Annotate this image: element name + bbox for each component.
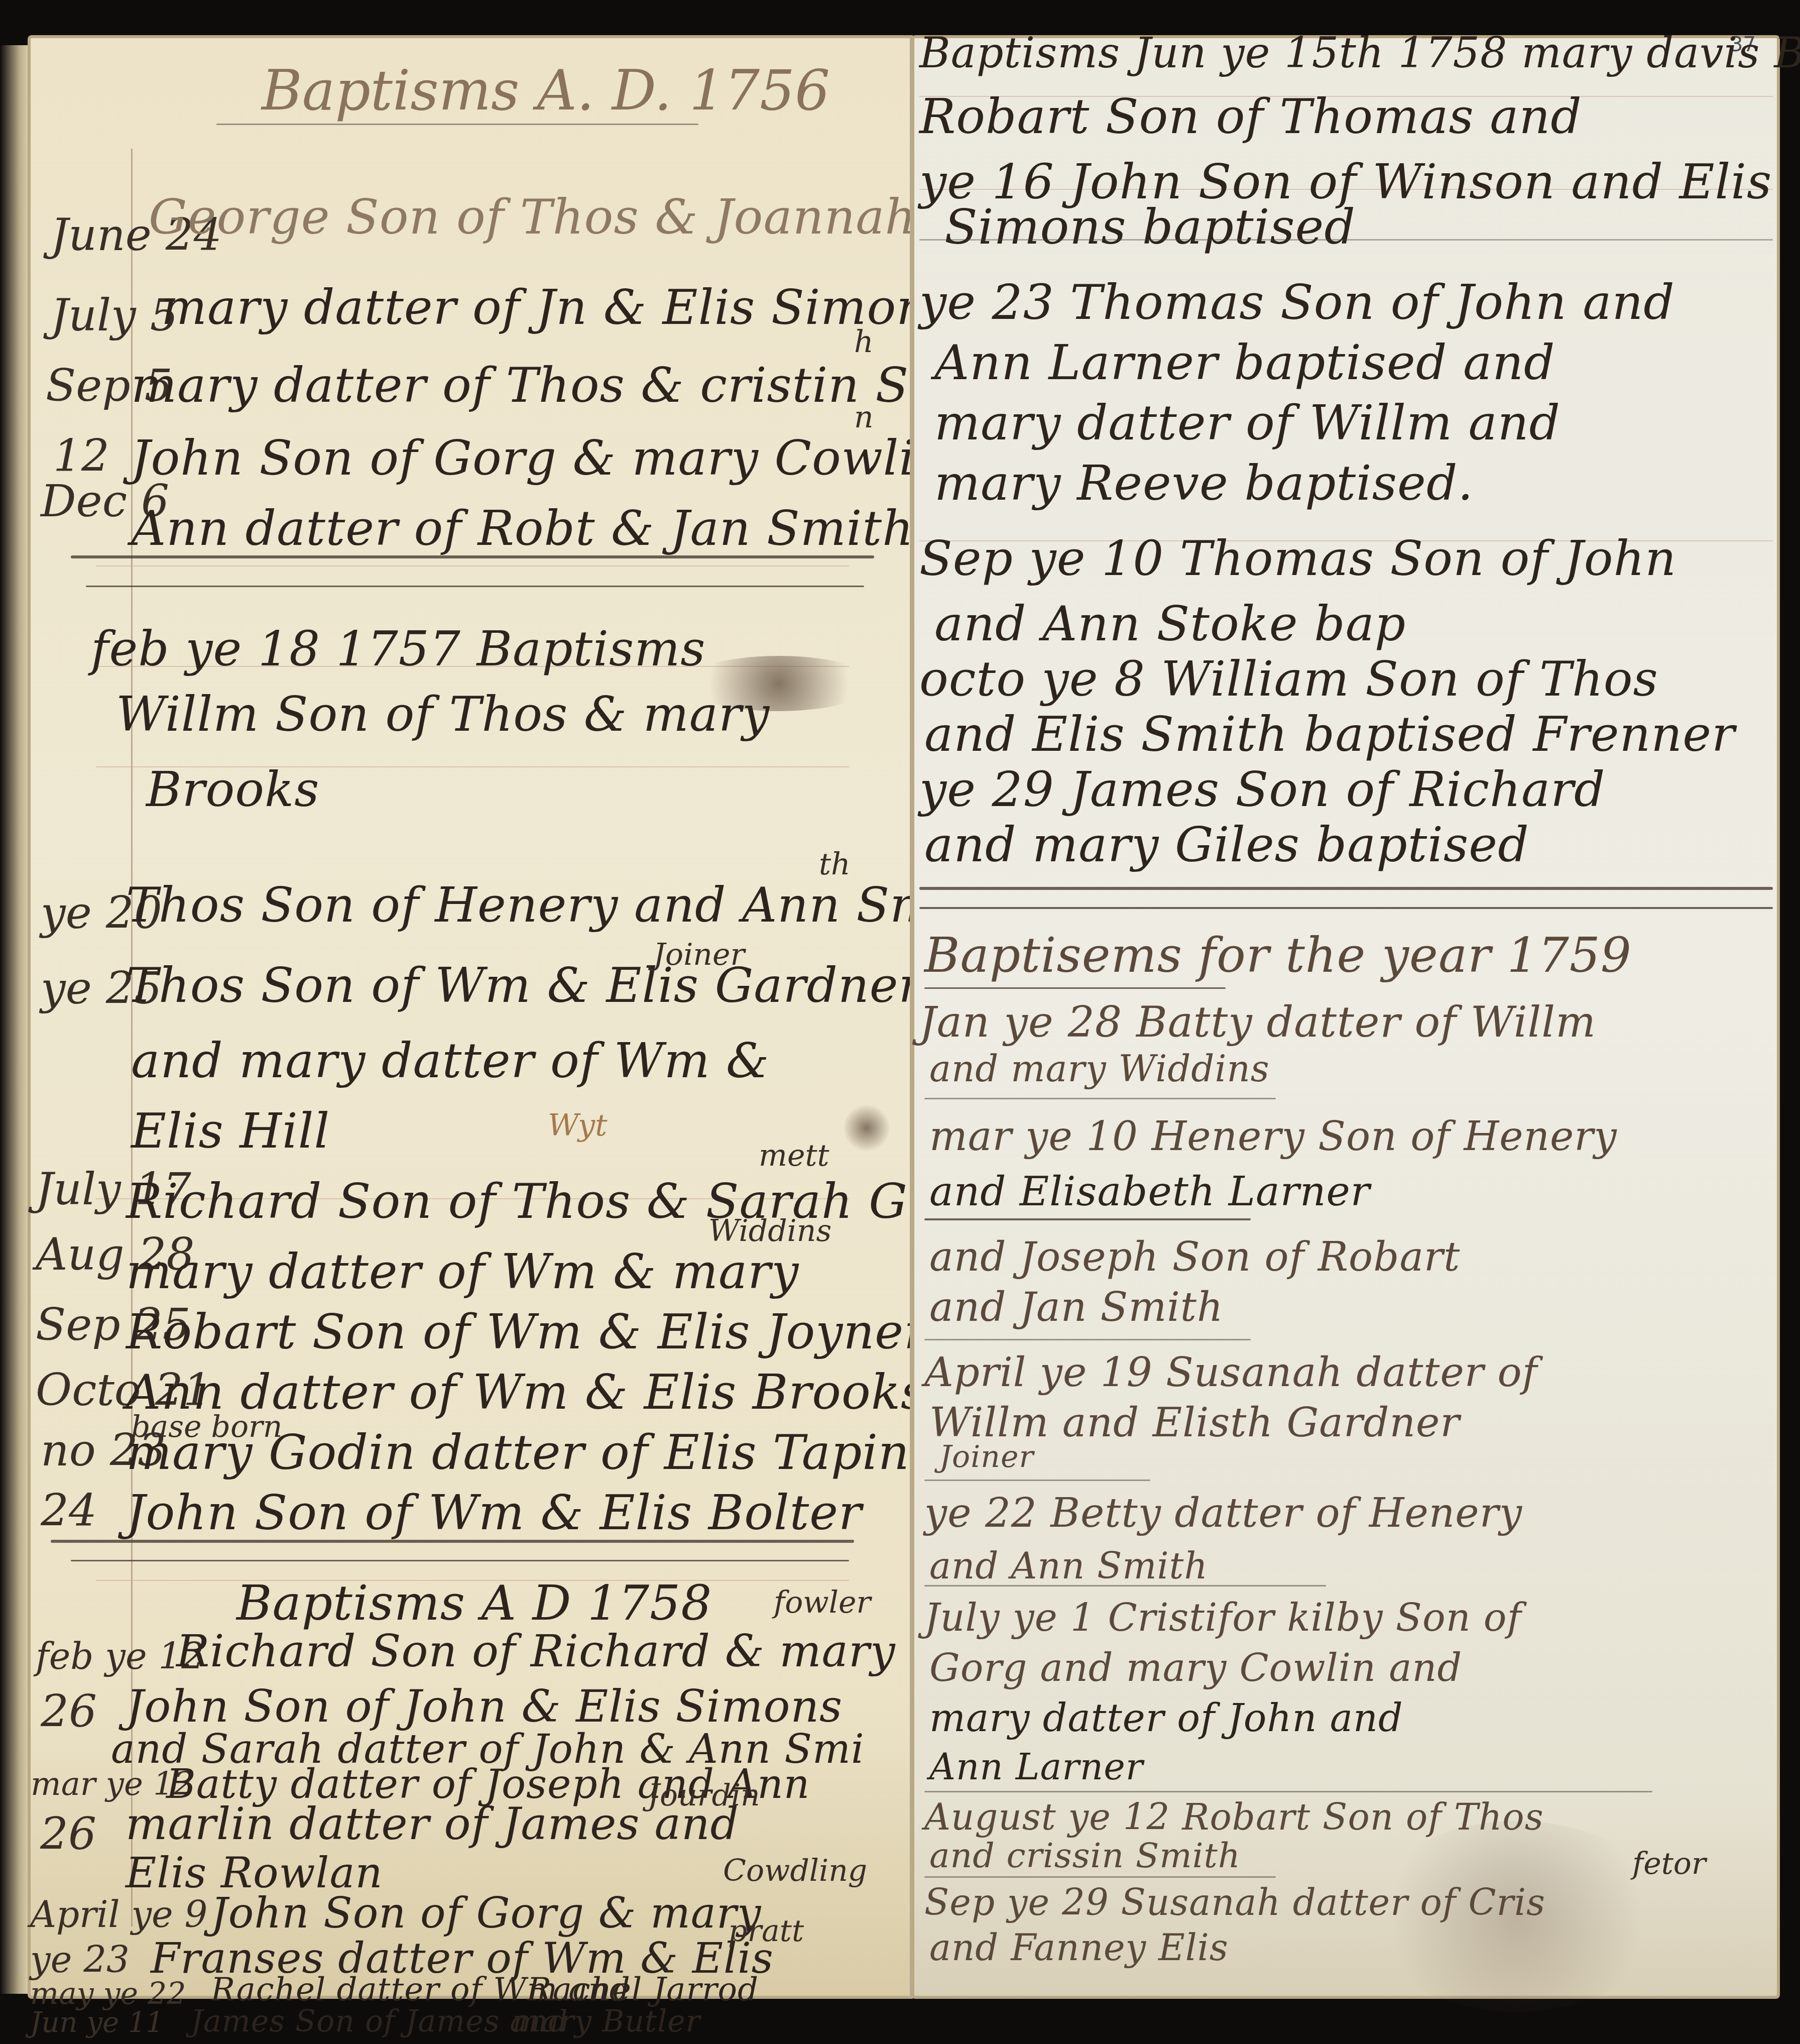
entry-date: 26	[40, 1808, 96, 1860]
interlinear-note: Cowdling	[723, 1853, 867, 1888]
entry-divider	[924, 1876, 1276, 1878]
section-divider	[919, 907, 1773, 909]
page-edge	[0, 45, 28, 1994]
entry-text: ye 22 Betty datter of Henery	[924, 1490, 1522, 1536]
entry-text: July ye 1 Cristifor kilby Son of	[924, 1595, 1522, 1640]
entry-date: July 5	[51, 289, 178, 341]
interlinear-note: Jourdin	[648, 1778, 760, 1813]
entry-text: ye 29 James Son of Richard	[919, 761, 1605, 818]
right-page: 37 Baptisms Jun ye 15th 1758 mary davis …	[911, 35, 1780, 1999]
page-heading: Baptisms A. D. 1756	[262, 58, 830, 123]
entry-text: Robart Son of Wm & Elis Joyner	[126, 1304, 927, 1360]
entry-text: mary Butler	[512, 2004, 701, 2039]
entry-text: John Son of Gorg & mary	[211, 1888, 762, 1938]
entry-text: and Elisabeth Larner	[929, 1168, 1370, 1215]
interlinear-note: pratt	[728, 1913, 804, 1949]
entry-text: and Ann Smith	[929, 1545, 1208, 1587]
interlinear-note: Widdins	[708, 1213, 831, 1248]
entry-text: mary datter of Jn & Elis Simons	[161, 279, 953, 335]
entry-text: James Son of James and	[191, 2004, 568, 2039]
entry-text: and mary Giles baptised	[924, 817, 1529, 873]
entry-date: Jun ye 11	[30, 2006, 164, 2039]
entry-text: Thos Son of Wm & Elis Gardner	[126, 957, 922, 1013]
entry-divider	[924, 1480, 1150, 1481]
entry-text: Richard Son of Richard & mary	[176, 1625, 896, 1677]
entry-text: John Son of John & Elis Simons	[126, 1680, 843, 1732]
entry-divider	[924, 1791, 1652, 1792]
entry-divider	[924, 1098, 1276, 1099]
entry-text: Brooks	[146, 761, 319, 818]
interlinear-note: th	[819, 847, 851, 882]
left-page: Baptisms A. D. 1756 June 24 George Son o…	[28, 35, 914, 1999]
entry-text: Ann Larner baptised and	[934, 334, 1555, 391]
entry-text: Sep ye 10 Thomas Son of John	[919, 530, 1676, 587]
entry-text: John Son of Wm & Elis Bolter	[126, 1485, 862, 1541]
entry-date: April ye 9	[30, 1893, 207, 1936]
heading-underline	[216, 124, 698, 125]
entry-text: ye 23 Thomas Son of John and	[919, 274, 1675, 330]
interlinear-note: n	[854, 400, 874, 435]
section-divider	[71, 555, 874, 558]
entry-text: Joiner	[939, 1439, 1034, 1474]
section-divider	[86, 586, 864, 587]
interlinear-note: Joiner	[653, 937, 745, 972]
entry-date: ye 23	[30, 1939, 130, 1981]
entry-text: Gorg and mary Cowlin and	[929, 1645, 1462, 1690]
heading-underline	[924, 987, 1226, 989]
section-heading-1759: Baptisems for the year 1759	[924, 927, 1632, 983]
entry-text: mar ye 10 Henery Son of Henery	[929, 1113, 1617, 1160]
interlinear-note: h	[854, 324, 874, 360]
entry-text: Thos Son of Henery and Ann Smi	[126, 877, 952, 933]
entry-text: mary Reeve baptised.	[934, 455, 1474, 511]
interlinear-note: Wyt	[548, 1108, 607, 1143]
entry-text: Rachel Jarrod	[527, 1971, 759, 2008]
section-divider	[71, 1560, 849, 1561]
interlinear-note: mett	[759, 1138, 829, 1173]
entry-text: octo ye 8 William Son of Thos	[919, 651, 1658, 707]
section-divider	[51, 1540, 854, 1543]
entry-text: Robart Son of Thomas and	[919, 88, 1582, 145]
book-scan: Baptisms A. D. 1756 June 24 George Son o…	[0, 0, 1800, 2044]
section-heading-1757: feb ye 18 1757 Baptisms	[91, 621, 705, 677]
entry-text: Baptisms Jun ye 15th 1758 mary davis Bap…	[919, 28, 1800, 77]
entry-text: and Elis Smith baptised Frenner	[924, 706, 1735, 762]
entry-text: mary datter of John and	[929, 1695, 1403, 1740]
entry-text: and Jan Smith	[929, 1284, 1224, 1330]
entry-text: mary Godin datter of Elis Tapin	[126, 1424, 910, 1481]
entry-date: 24	[41, 1485, 97, 1536]
ruled-line	[96, 565, 849, 566]
entry-text: and mary datter of Wm &	[131, 1033, 770, 1089]
interlinear-note: fowler	[774, 1585, 871, 1620]
entry-text: mary datter of Wm & mary	[126, 1243, 799, 1300]
entry-divider	[924, 1585, 1326, 1586]
entry-date: 12	[53, 430, 109, 482]
ink-blot	[844, 1103, 889, 1153]
entry-text: Willm Son of Thos & mary	[116, 686, 770, 742]
entry-date: 26	[41, 1685, 97, 1737]
entry-text: April ye 19 Susanah datter of	[924, 1349, 1537, 1396]
section-divider	[919, 239, 1773, 241]
entry-text: John Son of Gorg & mary Cowli	[131, 430, 915, 486]
entry-text: and mary Widdins	[929, 1048, 1270, 1090]
entry-text: and crissin Smith	[929, 1836, 1241, 1876]
entry-text: mary datter of Willm and	[934, 395, 1561, 451]
entry-text: Elis Hill	[131, 1103, 330, 1159]
water-stain	[1366, 1821, 1667, 2012]
section-heading-1758: Baptisms A D 1758	[236, 1575, 712, 1631]
entry-text: and Joseph Son of Robart	[929, 1233, 1460, 1280]
entry-text: Jan ye 28 Batty datter of Willm	[919, 997, 1596, 1047]
entry-divider	[924, 1218, 1251, 1220]
entry-text: Ann datter of Robt & Jan Smith	[131, 500, 914, 556]
entry-text: marlin datter of James and	[126, 1798, 739, 1850]
entry-text: and Ann Stoke bap	[934, 596, 1406, 652]
entry-divider	[924, 1339, 1251, 1340]
entry-text: Ann Larner	[929, 1746, 1143, 1788]
entry-text: Simons baptised	[944, 199, 1356, 255]
section-divider	[919, 887, 1773, 890]
entry-text: and Fanney Elis	[929, 1926, 1229, 1969]
